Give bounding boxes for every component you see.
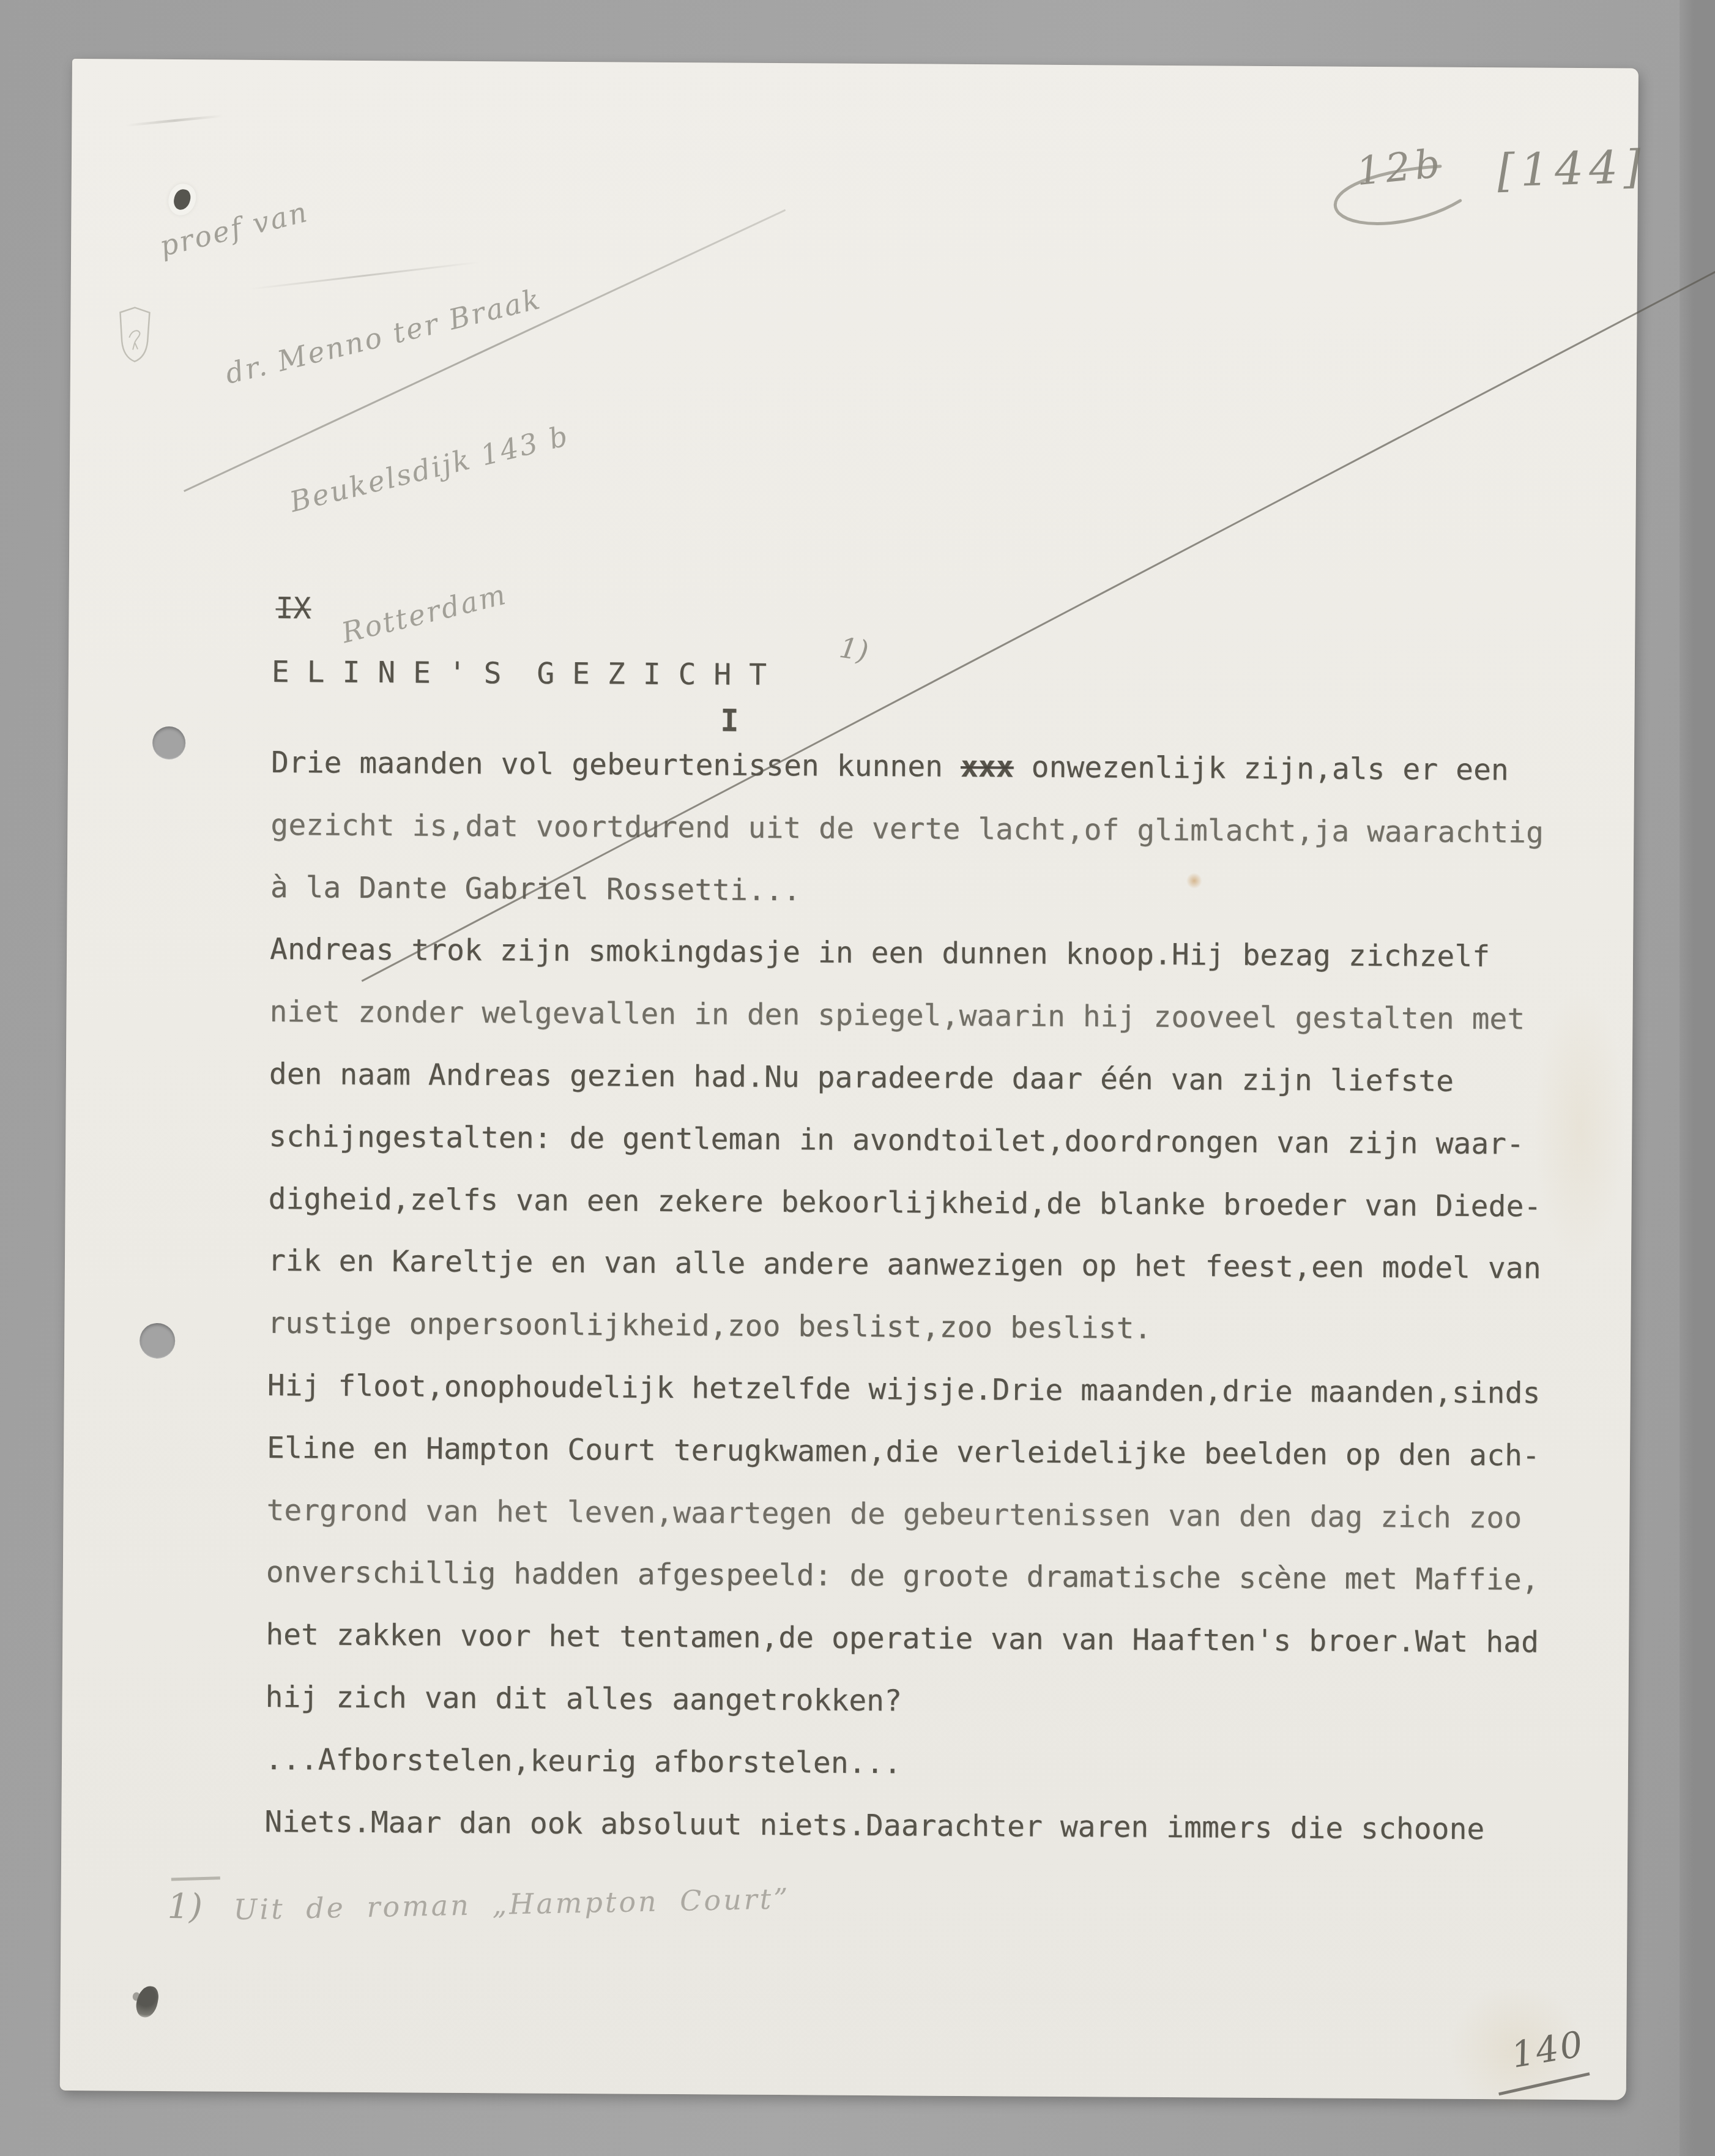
footnote-marker: 1) (167, 1887, 203, 1927)
punch-hole-bottom (140, 1323, 175, 1359)
typed-body: Drie maanden vol gebeurtenissen kunnen x… (264, 732, 1544, 1861)
pencil-dash (171, 1876, 220, 1881)
typed-line: gezicht is,dat voortdurend uit de verte … (270, 794, 1544, 865)
folio-underline (1498, 2072, 1590, 2095)
typed-line: à la Dante Gabriel Rossetti... (270, 857, 1543, 927)
typed-line: rustige onpersoonlijkheid,zoo beslist,zo… (267, 1292, 1541, 1363)
manuscript-page: proef van dr. Menno ter Braak Beukelsdij… (60, 59, 1639, 2100)
line-text: Drie maanden vol gebeurtenissen kunnen (271, 745, 961, 784)
typed-line: rik en Kareltje en van alle andere aanwe… (268, 1230, 1541, 1300)
address-line: Beukelsdijk 143 b (285, 411, 579, 525)
address-line: dr. Menno ter Braak (220, 275, 546, 397)
typed-line: Drie maanden vol gebeurtenissen kunnen x… (271, 732, 1544, 802)
typed-line: schijngestalten: de gentleman in avondto… (269, 1106, 1542, 1176)
typed-line: tergrond van het leven,waartegen de gebe… (266, 1480, 1539, 1550)
typed-line: den naam Andreas gezien had.Nu paradeerd… (269, 1043, 1542, 1114)
struck-word: xxx (961, 750, 1014, 785)
ink-blot (134, 1984, 160, 2019)
typed-line: Niets.Maar dan ook absoluut niets.Daarac… (264, 1791, 1538, 1862)
section-number: I (720, 703, 738, 738)
paper-stain (1533, 986, 1627, 1268)
typed-line: Hij floot,onophoudelijk hetzelfde wijsje… (267, 1355, 1540, 1425)
typed-line: Andreas trok zijn smokingdasje in een du… (270, 919, 1543, 989)
typed-line: niet zonder welgevallen in den spiegel,w… (269, 981, 1542, 1051)
typed-line: het zakken voor het tentamen,de operatie… (266, 1604, 1539, 1674)
typed-line: hij zich van dit alles aangetrokken? (265, 1666, 1538, 1737)
typed-line: ...Afborstelen,keurig afborstelen... (265, 1729, 1538, 1799)
line-text: onwezenlijk zijn,als er een (1014, 750, 1509, 787)
punch-hole-top (152, 726, 185, 759)
typed-line: digheid,zelfs van een zekere bekoorlijkh… (268, 1168, 1541, 1239)
scan-photo: { "colors": { "backdrop_gray": "#a2a2a2"… (0, 0, 1715, 2156)
shield-stamp-icon (118, 305, 152, 363)
typed-line: Eline en Hampton Court terugkwamen,die v… (267, 1417, 1540, 1488)
footnote-marker-superscript: 1) (837, 631, 871, 668)
pencil-flourish-icon (1314, 157, 1474, 237)
pencil-folio-number: 140 (1508, 2023, 1587, 2076)
footnote-text: Uit de roman „Hampton Court” (233, 1882, 791, 1926)
address-line: proef van (155, 140, 513, 269)
chapter-title: E L I N E ' S G E Z I C H T (272, 655, 767, 692)
typed-line: onverschillig hadden afgespeeld: de groo… (266, 1542, 1539, 1612)
pencil-archive-number: [144] (1497, 140, 1647, 197)
backdrop-right-strip (1680, 0, 1715, 2156)
